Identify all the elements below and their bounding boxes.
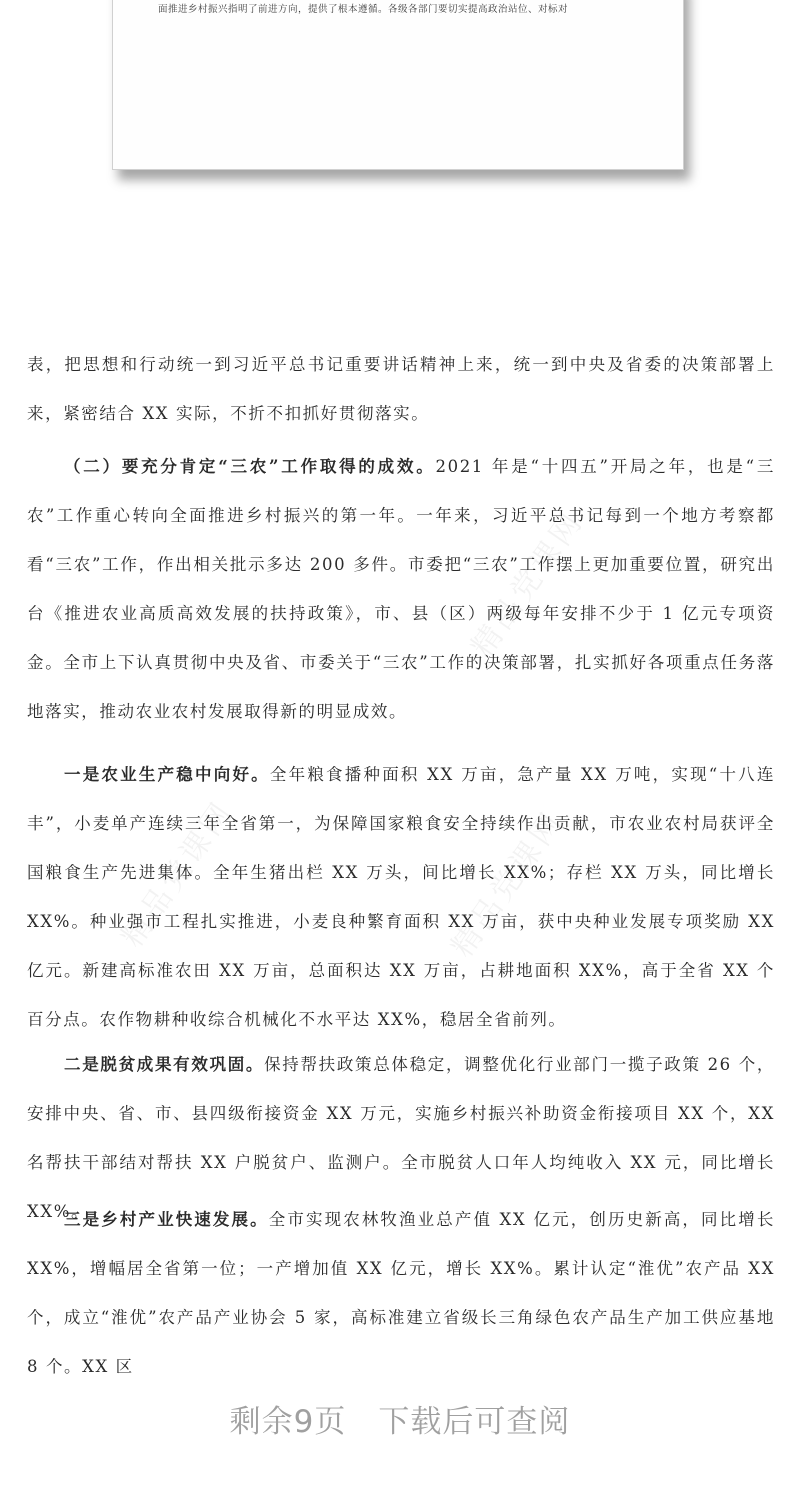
paragraph-heading: 三是乡村产业快速发展。 <box>64 1210 269 1229</box>
download-prompt[interactable]: 剩余9页下载后可查阅 <box>0 1396 800 1441</box>
paragraph-text: 2021 年是“十四五”开局之年，也是“三农”工作重心转向全面推进乡村振兴的第一… <box>27 457 775 721</box>
paragraph-agriculture: 一是农业生产稳中向好。全年粮食播种面积 XX 万亩，急产量 XX 万吨，实现“十… <box>27 750 775 1044</box>
remaining-pages-label[interactable]: 剩余9页 <box>230 1404 347 1440</box>
previous-page-preview: 面推进乡村振兴指明了前进方向，提供了根本遵循。各级各部门要切实提高政治站位、对标… <box>112 0 684 170</box>
paragraph-continuation: 表，把思想和行动统一到习近平总书记重要讲话精神上来，统一到中央及省委的决策部署上… <box>27 340 775 438</box>
paragraph-text: 表，把思想和行动统一到习近平总书记重要讲话精神上来，统一到中央及省委的决策部署上… <box>27 355 775 423</box>
preview-text-line: 面推进乡村振兴指明了前进方向，提供了根本遵循。各级各部门要切实提高政治站位、对标… <box>158 1 658 15</box>
paragraph-heading: （二）要充分肯定“三农”工作取得的成效。 <box>64 457 436 476</box>
paragraph-heading: 一是农业生产稳中向好。 <box>64 765 270 784</box>
paragraph-heading: 二是脱贫成果有效巩固。 <box>64 1055 264 1074</box>
download-to-view-label[interactable]: 下载后可查阅 <box>378 1404 570 1440</box>
paragraph-industry: 三是乡村产业快速发展。全市实现农林牧渔业总产值 XX 亿元，创历史新高，同比增长… <box>27 1195 775 1391</box>
paragraph-text: 全市实现农林牧渔业总产值 XX 亿元，创历史新高，同比增长 XX%，增幅居全省第… <box>27 1210 775 1376</box>
paragraph-text: 全年粮食播种面积 XX 万亩，急产量 XX 万吨，实现“十八连丰”，小麦单产连续… <box>27 765 775 1029</box>
paragraph-section-two: （二）要充分肯定“三农”工作取得的成效。2021 年是“十四五”开局之年，也是“… <box>27 442 775 736</box>
